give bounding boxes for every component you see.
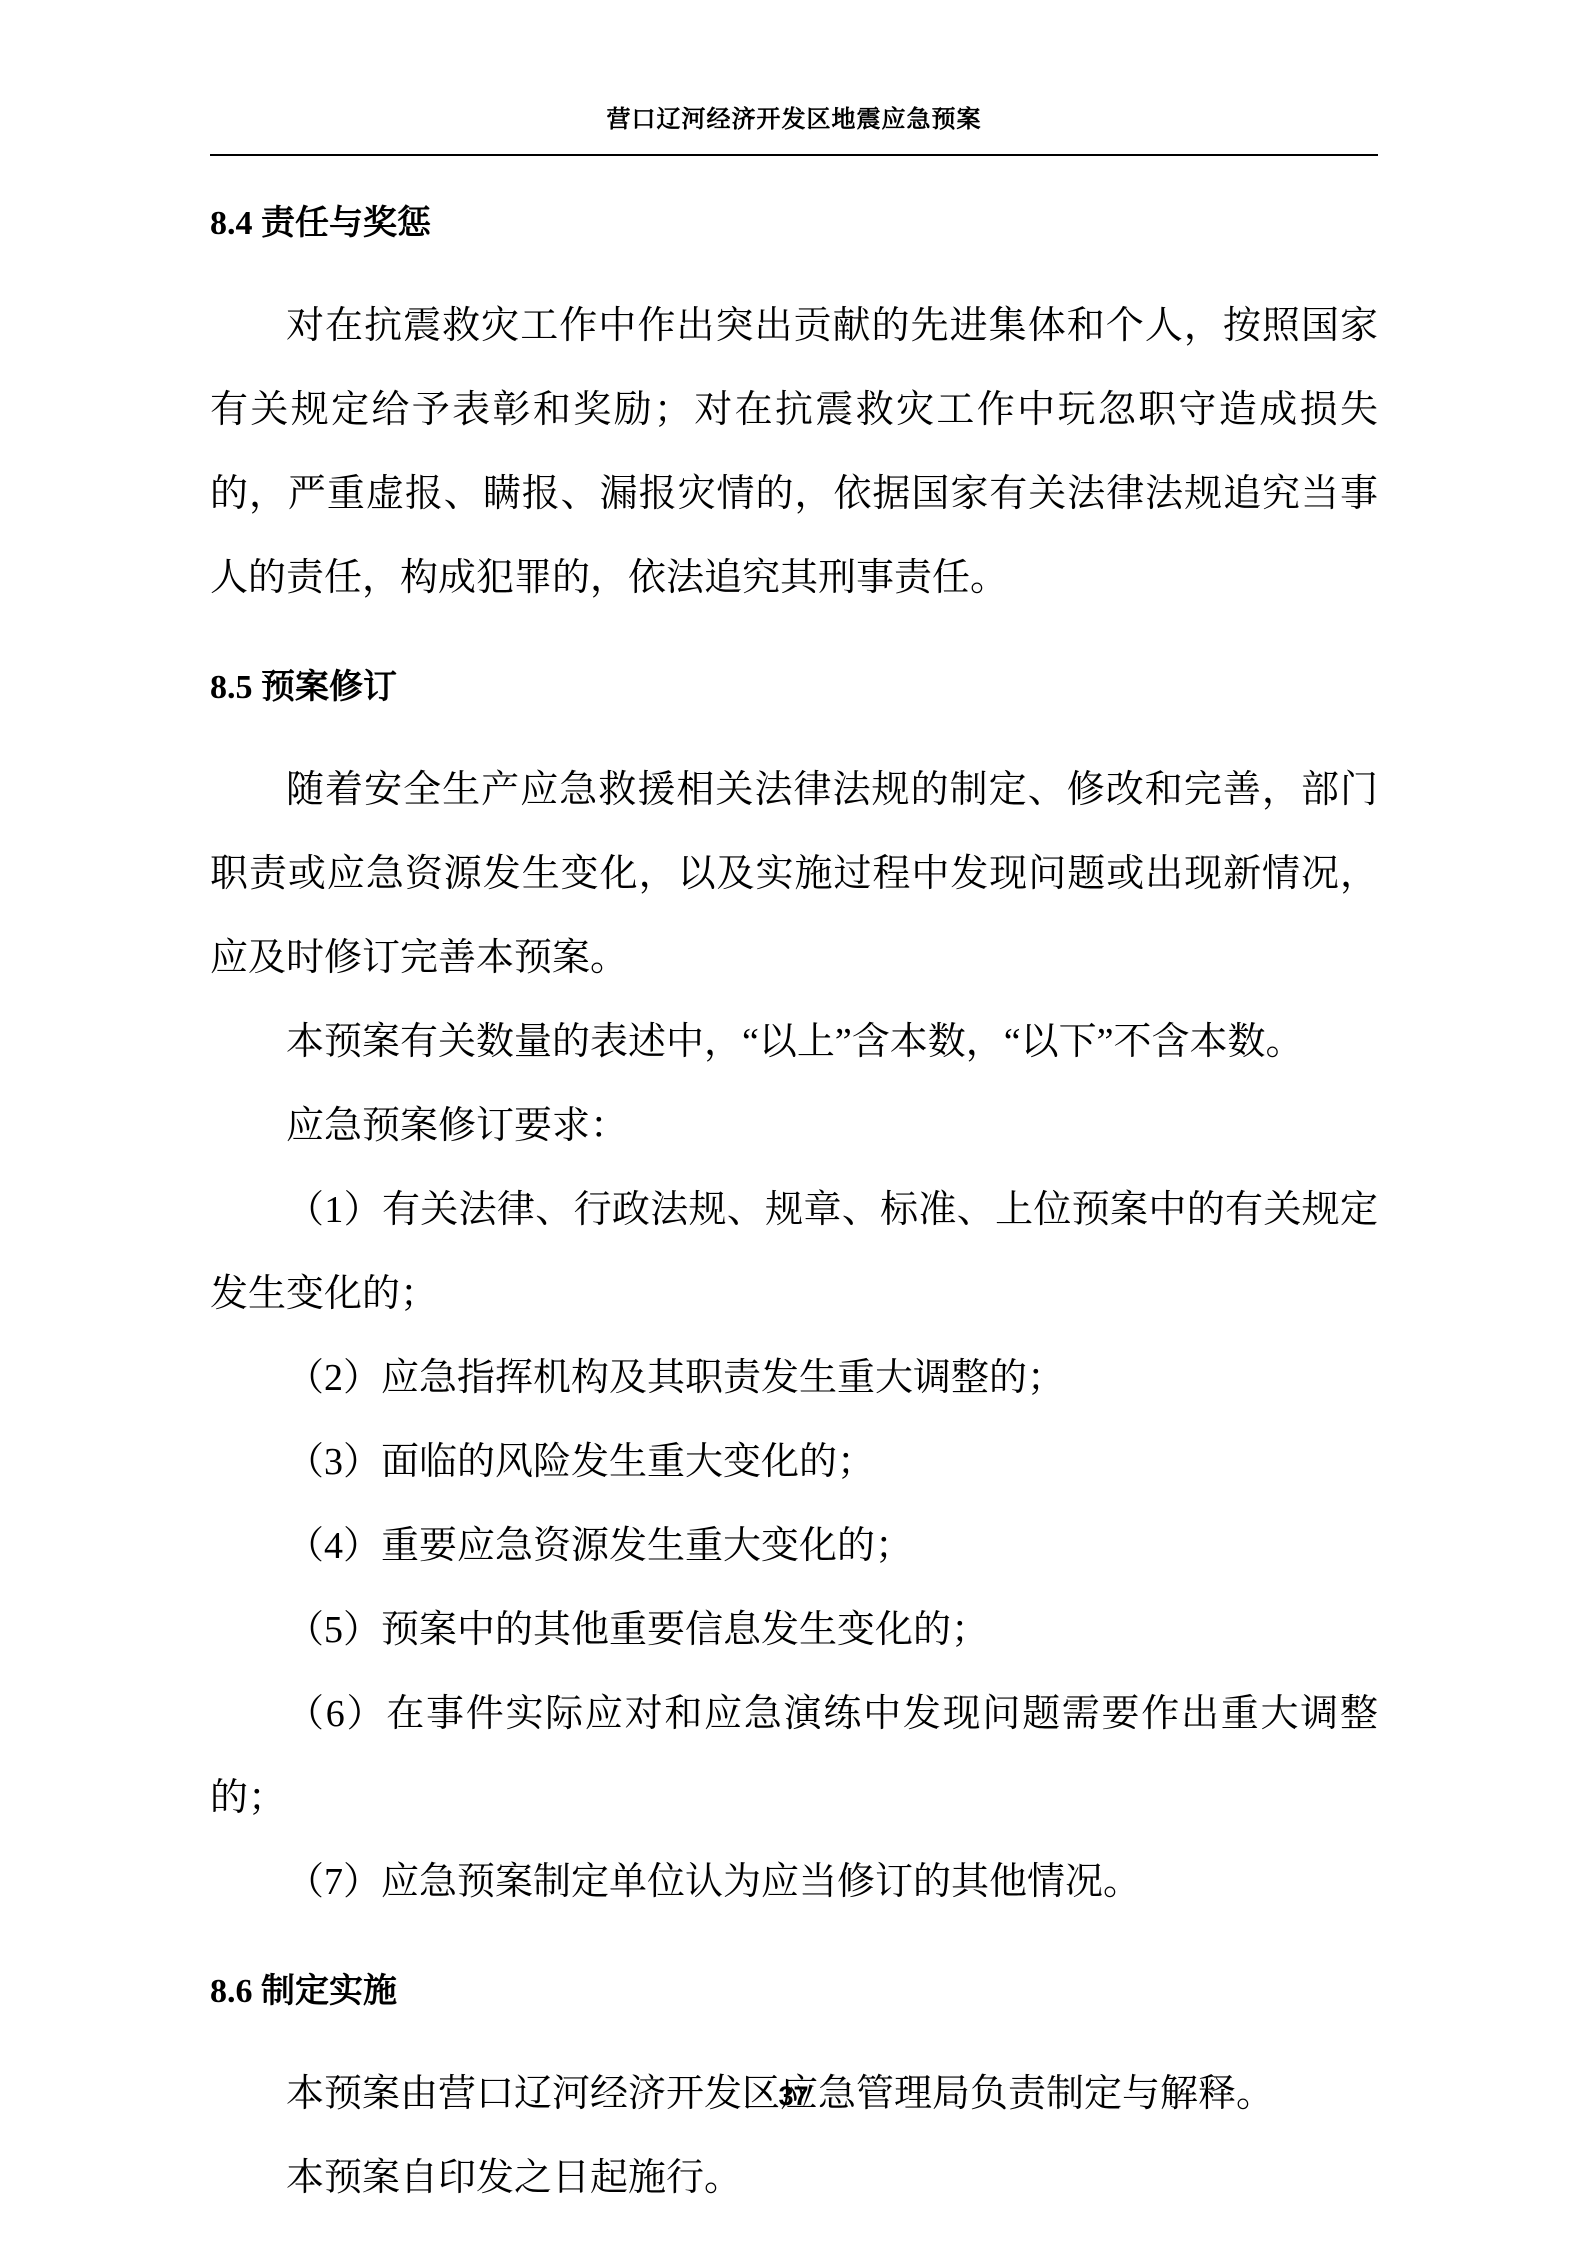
section-heading-8-6: 8.6 制定实施 <box>210 1970 1378 2014</box>
list-item-3: （3）面临的风险发生重大变化的； <box>210 1420 1378 1504</box>
paragraph-revision-intro: 随着安全生产应急救援相关法律法规的制定、修改和完善，部门职责或应急资源发生变化，… <box>210 748 1378 1000</box>
page-number: 37 <box>0 2081 1587 2112</box>
document-header-title: 营口辽河经济开发区地震应急预案 <box>210 104 1378 136</box>
paragraph-quantity-note: 本预案有关数量的表述中，“以上”含本数，“以下”不含本数。 <box>210 1000 1378 1084</box>
paragraph-revision-requirements-label: 应急预案修订要求： <box>210 1084 1378 1168</box>
document-page: 营口辽河经济开发区地震应急预案 8.4 责任与奖惩 对在抗震救灾工作中作出突出贡… <box>0 0 1587 2245</box>
list-item-1: （1）有关法律、行政法规、规章、标准、上位预案中的有关规定发生变化的； <box>210 1168 1378 1336</box>
list-item-5: （5）预案中的其他重要信息发生变化的； <box>210 1588 1378 1672</box>
list-item-4: （4）重要应急资源发生重大变化的； <box>210 1504 1378 1588</box>
section-heading-8-5: 8.5 预案修订 <box>210 666 1378 710</box>
header-divider <box>210 154 1378 156</box>
page-header: 营口辽河经济开发区地震应急预案 <box>210 0 1378 156</box>
paragraph-effective-date: 本预案自印发之日起施行。 <box>210 2136 1378 2220</box>
paragraph-responsibility-rewards: 对在抗震救灾工作中作出突出贡献的先进集体和个人，按照国家有关规定给予表彰和奖励；… <box>210 284 1378 620</box>
list-item-7: （7）应急预案制定单位认为应当修订的其他情况。 <box>210 1840 1378 1924</box>
list-item-2: （2）应急指挥机构及其职责发生重大调整的； <box>210 1336 1378 1420</box>
document-body: 8.4 责任与奖惩 对在抗震救灾工作中作出突出贡献的先进集体和个人，按照国家有关… <box>210 202 1378 2220</box>
list-item-6: （6）在事件实际应对和应急演练中发现问题需要作出重大调整的； <box>210 1672 1378 1840</box>
section-heading-8-4: 8.4 责任与奖惩 <box>210 202 1378 246</box>
